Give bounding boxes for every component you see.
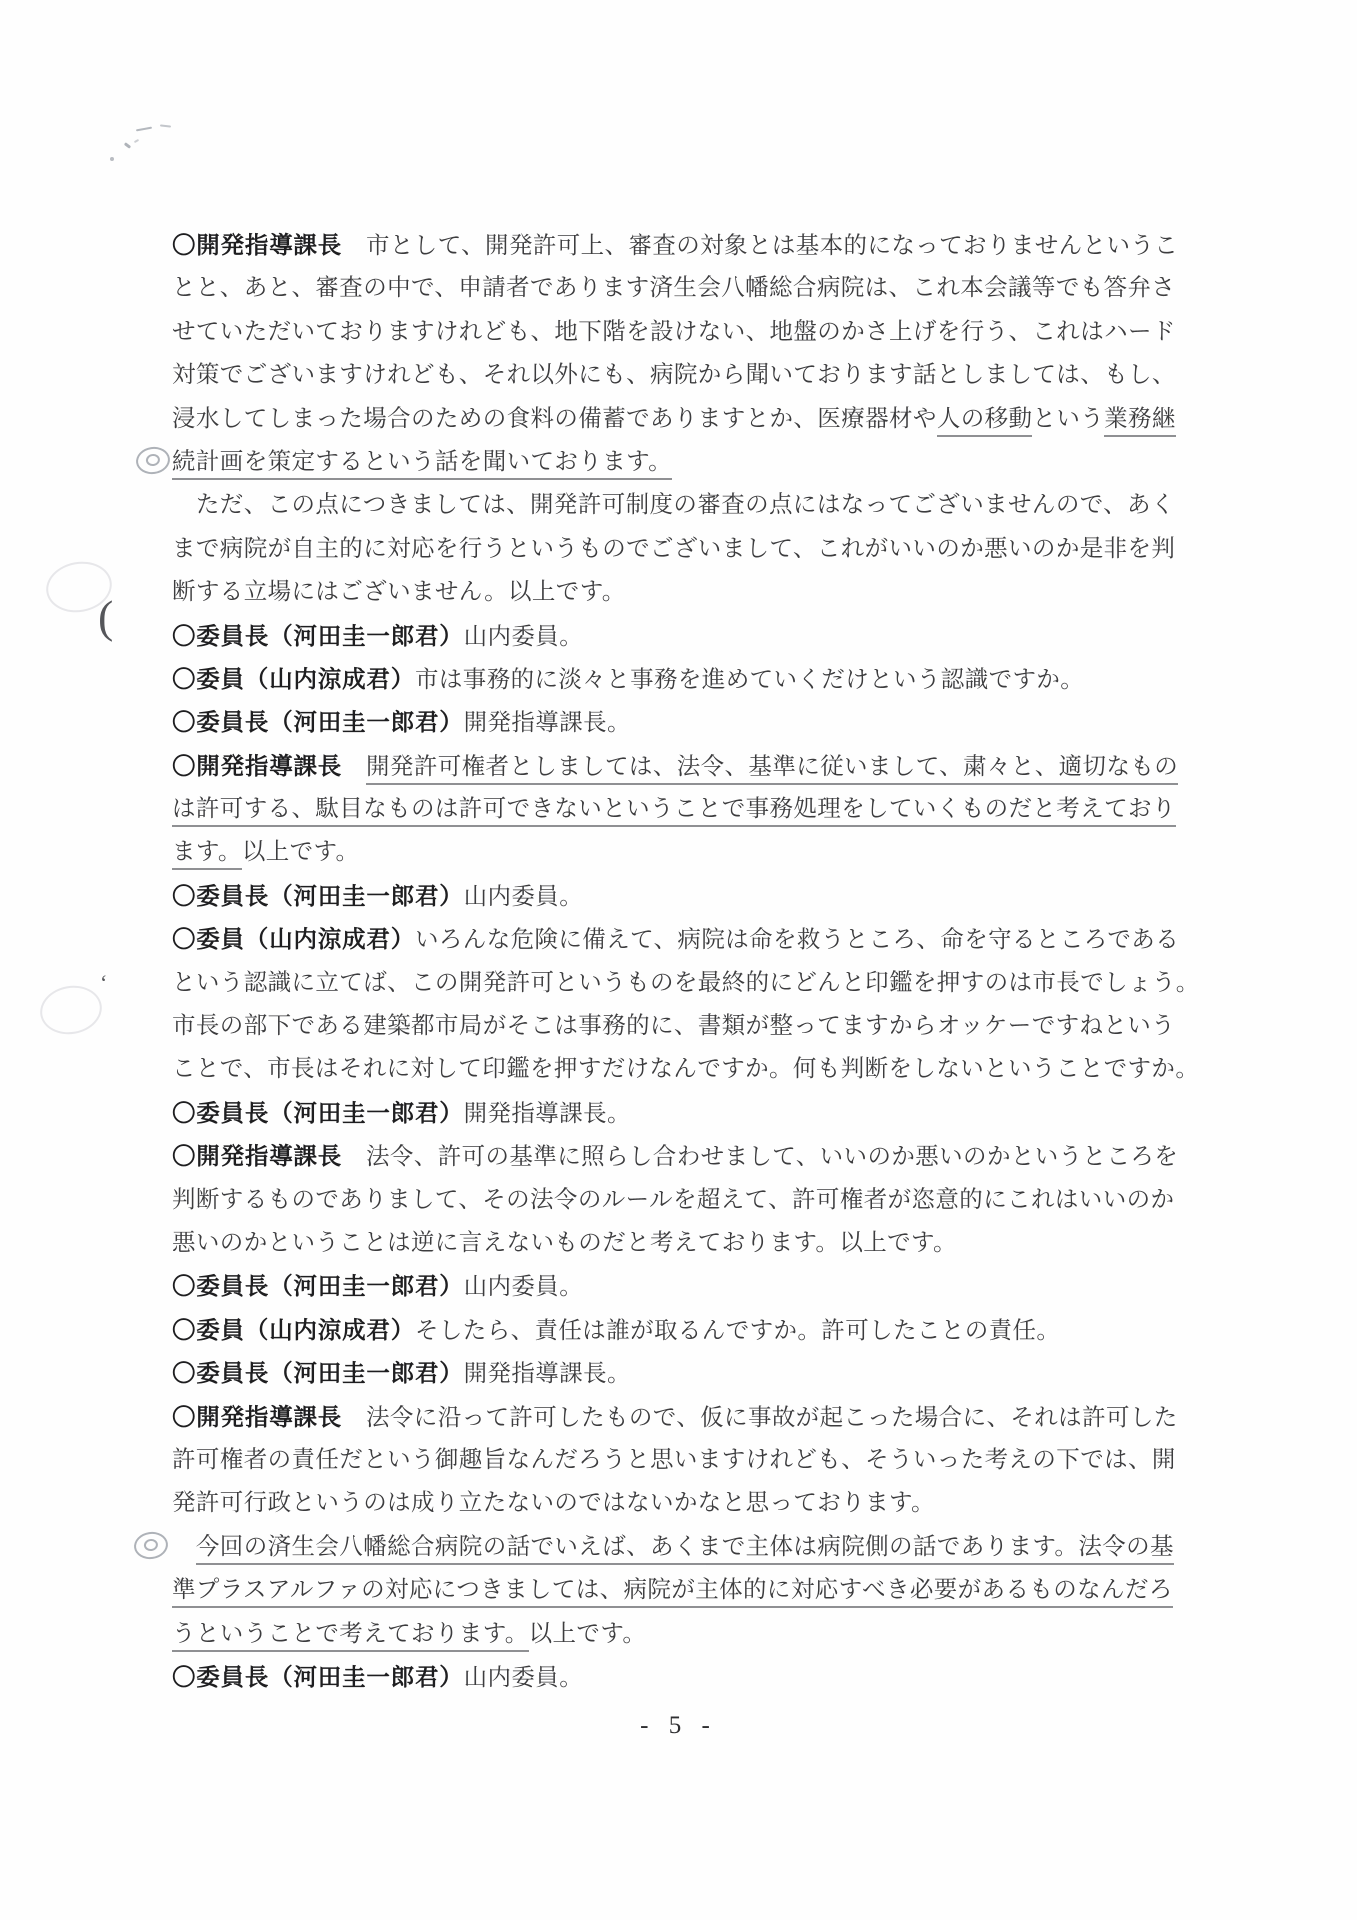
line-text [342,754,366,780]
line-text: いろんな危険に備えて、病院は命を救うところ、命を守るところである [415,927,1179,953]
transcript-line: ただ、この点につきましては、開発許可制度の審査の点にはなってございませんので、あ… [172,484,1202,527]
line-text: 今回の済生会八幡総合病院の話でいえば、あくまで主体は病院側の話であります。法令の… [196,1534,1174,1565]
transcript-line: 〇委員（山内涼成君）いろんな危険に備えて、病院は命を救うところ、命を守るところで… [172,918,1202,961]
line-text: 悪いのかということは逆に言えないものだと考えております。以上です。 [172,1230,957,1256]
line-text: 判断するものでありまして、その法令のルールを超えて、許可権者が恣意的にこれはいい… [172,1187,1174,1213]
line-text: という [1032,406,1104,432]
line-text: 続計画を策定するという話を聞いております。 [172,449,672,480]
speaker-label: 〇委員長（河田圭一郎君） [172,623,464,649]
transcript-line: 〇開発指導課長 市として、開発許可上、審査の対象とは基本的になっておりませんとい… [172,224,1202,267]
line-text: 開発指導課長。 [464,1101,631,1127]
line-text: 開発指導課長。 [464,710,631,736]
line-text: 以上です。 [242,839,360,865]
transcript-line: 〇委員長（河田圭一郎君）開発指導課長。 [172,1352,1202,1395]
line-text: ことで、市長はそれに対して印鑑を押すだけなんですか。何も判断をしないということで… [172,1056,1199,1082]
circled-dot-mark [132,1530,169,1561]
transcript-line: 〇委員長（河田圭一郎君）山内委員。 [172,875,1202,918]
transcript-line: うということで考えております。以上です。 [172,1613,1202,1656]
transcript-line: ことで、市長はそれに対して印鑑を押すだけなんですか。何も判断をしないということで… [172,1048,1202,1091]
line-text: は許可する、駄目なものは許可できないということで事務処理をしていくものだと考えて… [172,796,1176,827]
transcript-line: 準プラスアルファの対応につきましては、病院が主体的に対応すべき必要があるものなん… [172,1569,1202,1612]
line-text: 市として、開発許可上、審査の対象とは基本的になっておりませんというこ [342,233,1178,259]
speaker-label: 〇委員長（河田圭一郎君） [172,1100,464,1126]
transcript-line: 悪いのかということは逆に言えないものだと考えております。以上です。 [172,1222,1202,1265]
line-text: 断する立場にはございません。以上です。 [172,579,626,605]
speaker-label: 〇委員長（河田圭一郎君） [172,1664,464,1690]
speaker-label: 〇委員長（河田圭一郎君） [172,709,464,735]
speaker-label: 〇開発指導課長 [172,1404,342,1430]
paren-mark: ( [98,594,113,640]
speaker-label: 〇委員長（河田圭一郎君） [172,883,464,909]
transcript-line: 市長の部下である建築都市局がそこは事務的に、書類が整ってますからオッケーですねと… [172,1005,1202,1048]
line-text: 対策でございますけれども、それ以外にも、病院から聞いております話としましては、も… [172,362,1176,388]
transcript-line: ます。以上です。 [172,831,1202,874]
line-text: 許可権者の責任だという御趣旨なんだろうと思いますけれども、そういった考えの下では… [172,1447,1176,1473]
transcript-line: 許可権者の責任だという御趣旨なんだろうと思いますけれども、そういった考えの下では… [172,1439,1202,1482]
speaker-label: 〇開発指導課長 [172,1143,342,1169]
line-text: 山内委員。 [464,624,584,650]
line-text: 業務継 [1104,406,1176,437]
line-text: とと、あと、審査の中で、申請者であります済生会八幡総合病院は、これ本会議等でも答… [172,275,1175,301]
line-text: 山内委員。 [464,884,584,910]
line-text: 市は事務的に淡々と事務を進めていくだけという認識ですか。 [415,667,1084,693]
line-text: 以上です。 [529,1621,647,1647]
faint-oval-mark [36,981,105,1039]
transcript-line: は許可する、駄目なものは許可できないということで事務処理をしていくものだと考えて… [172,788,1202,831]
transcript-line: 〇開発指導課長 開発許可権者としましては、法令、基準に従いまして、粛々と、適切な… [172,745,1202,788]
line-text: 法令に沿って許可したもので、仮に事故が起こった場合に、それは許可した [342,1405,1178,1431]
line-text [172,1534,196,1560]
line-text: うということで考えております。 [172,1621,529,1652]
line-text: まで病院が自主的に対応を行うというものでございまして、これがいいのか悪いのか是非… [172,536,1175,562]
line-text: 人の移動 [937,406,1033,437]
line-text: 山内委員。 [464,1274,584,1300]
transcript-line: 〇委員長（河田圭一郎君）山内委員。 [172,1656,1202,1699]
transcript-line: 判断するものでありまして、その法令のルールを超えて、許可権者が恣意的にこれはいい… [172,1179,1202,1222]
speaker-label: 〇委員（山内涼成君） [172,666,415,692]
page-number: - 5 - [0,1712,1357,1740]
transcript-line: という認識に立てば、この開発許可というものを最終的にどんと印鑑を押すのは市長でし… [172,962,1202,1005]
line-text: そしたら、責任は誰が取るんですか。許可したことの責任。 [415,1318,1060,1344]
transcript-line: 浸水してしまった場合のための食料の備蓄でありますとか、医療器材や人の移動という業… [172,398,1202,441]
line-text: ただ、この点につきましては、開発許可制度の審査の点にはなってございませんので、あ… [172,492,1175,518]
line-text: 開発許可権者としましては、法令、基準に従いまして、粛々と、適切なもの [366,754,1178,785]
transcript-line: 続計画を策定するという話を聞いております。 [172,441,1202,484]
speaker-label: 〇委員（山内涼成君） [172,926,415,952]
transcript-line: まで病院が自主的に対応を行うというものでございまして、これがいいのか悪いのか是非… [172,528,1202,571]
speaker-label: 〇開発指導課長 [172,753,342,779]
line-text: 準プラスアルファの対応につきましては、病院が主体的に対応すべき必要があるものなん… [172,1577,1173,1608]
transcript-line: 今回の済生会八幡総合病院の話でいえば、あくまで主体は病院側の話であります。法令の… [172,1526,1202,1569]
line-text: 山内委員。 [464,1665,584,1691]
line-text: 浸水してしまった場合のための食料の備蓄でありますとか、医療器材や [172,406,937,432]
transcript-line: 発許可行政というのは成り立たないのではないかなと思っております。 [172,1482,1202,1525]
transcript-line: 〇委員長（河田圭一郎君）山内委員。 [172,615,1202,658]
scanned-page: 〇開発指導課長 市として、開発許可上、審査の対象とは基本的になっておりませんとい… [0,0,1357,1920]
transcript-line: 〇委員長（河田圭一郎君）開発指導課長。 [172,701,1202,744]
transcript-line: 〇委員長（河田圭一郎君）開発指導課長。 [172,1092,1202,1135]
line-text: という認識に立てば、この開発許可というものを最終的にどんと印鑑を押すのは市長でし… [172,970,1200,996]
line-text: 法令、許可の基準に照らし合わせまして、いいのか悪いのかというところを [342,1144,1178,1170]
line-text: 発許可行政というのは成り立たないのではないかなと思っております。 [172,1490,935,1516]
transcript-line: とと、あと、審査の中で、申請者であります済生会八幡総合病院は、これ本会議等でも答… [172,267,1202,310]
transcript-text: 〇開発指導課長 市として、開発許可上、審査の対象とは基本的になっておりませんとい… [172,224,1202,1699]
line-text: 市長の部下である建築都市局がそこは事務的に、書類が整ってますからオッケーですねと… [172,1013,1175,1039]
line-text: ます。 [172,839,242,870]
transcript-line: 〇開発指導課長 法令、許可の基準に照らし合わせまして、いいのか悪いのかというとこ… [172,1135,1202,1178]
transcript-line: せていただいておりますけれども、地下階を設けない、地盤のかさ上げを行う、これはハ… [172,311,1202,354]
circled-dot-mark [134,445,171,476]
transcript-line: 〇委員（山内涼成君）そしたら、責任は誰が取るんですか。許可したことの責任。 [172,1309,1202,1352]
line-text: 開発指導課長。 [464,1361,631,1387]
transcript-line: 対策でございますけれども、それ以外にも、病院から聞いております話としましては、も… [172,354,1202,397]
line-text: せていただいておりますけれども、地下階を設けない、地盤のかさ上げを行う、これはハ… [172,319,1176,345]
transcript-line: 断する立場にはございません。以上です。 [172,571,1202,614]
speaker-label: 〇委員長（河田圭一郎君） [172,1273,464,1299]
speaker-label: 〇委員長（河田圭一郎君） [172,1360,464,1386]
transcript-line: 〇委員長（河田圭一郎君）山内委員。 [172,1265,1202,1308]
speaker-label: 〇委員（山内涼成君） [172,1317,415,1343]
transcript-line: 〇委員（山内涼成君）市は事務的に淡々と事務を進めていくだけという認識ですか。 [172,658,1202,701]
tick-mark: ʻ [100,972,107,994]
speaker-label: 〇開発指導課長 [172,232,342,258]
transcript-line: 〇開発指導課長 法令に沿って許可したもので、仮に事故が起こった場合に、それは許可… [172,1396,1202,1439]
